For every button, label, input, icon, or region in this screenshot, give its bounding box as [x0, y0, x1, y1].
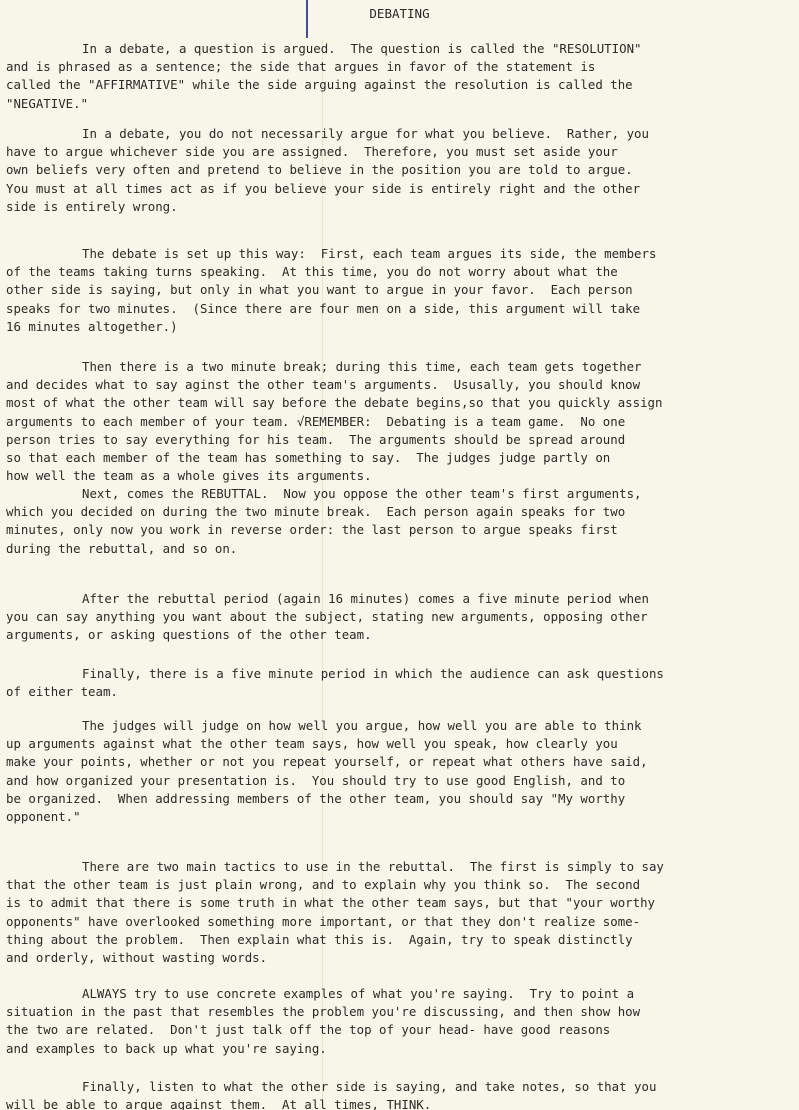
- text-line: be organized. When addressing members of…: [6, 790, 648, 808]
- paragraph: In a debate, you do not necessarily argu…: [6, 125, 649, 216]
- text-line: other side is saying, but only in what y…: [6, 281, 656, 299]
- text-line: and orderly, without wasting words.: [6, 949, 664, 967]
- paragraph: Then there is a two minute break; during…: [6, 358, 662, 485]
- text-line: minutes, only now you work in reverse or…: [6, 521, 642, 539]
- text-line: most of what the other team will say bef…: [6, 394, 662, 412]
- text-line: In a debate, a question is argued. The q…: [6, 40, 642, 58]
- text-line: After the rebuttal period (again 16 minu…: [6, 590, 649, 608]
- text-line: opponent.": [6, 808, 648, 826]
- text-line: arguments to each member of your team. √…: [6, 413, 662, 431]
- text-line: of the teams taking turns speaking. At t…: [6, 263, 656, 281]
- text-line: which you decided on during the two minu…: [6, 503, 642, 521]
- text-line: opponents" have overlooked something mor…: [6, 913, 664, 931]
- text-line: Finally, there is a five minute period i…: [6, 665, 664, 683]
- text-line: arguments, or asking questions of the ot…: [6, 626, 649, 644]
- text-line: called the "AFFIRMATIVE" while the side …: [6, 76, 642, 94]
- text-line: how well the team as a whole gives its a…: [6, 467, 662, 485]
- text-line: will be able to argue against them. At a…: [6, 1096, 656, 1110]
- text-line: and decides what to say aginst the other…: [6, 376, 662, 394]
- text-line: you can say anything you want about the …: [6, 608, 649, 626]
- text-line: situation in the past that resembles the…: [6, 1003, 640, 1021]
- text-line: of either team.: [6, 683, 664, 701]
- text-line: There are two main tactics to use in the…: [6, 858, 664, 876]
- paragraph: In a debate, a question is argued. The q…: [6, 40, 642, 113]
- text-line: is to admit that there is some truth in …: [6, 894, 664, 912]
- paragraph: ALWAYS try to use concrete examples of w…: [6, 985, 640, 1058]
- text-line: have to argue whichever side you are ass…: [6, 143, 649, 161]
- paragraph: Next, comes the REBUTTAL. Now you oppose…: [6, 485, 642, 558]
- text-line: ALWAYS try to use concrete examples of w…: [6, 985, 640, 1003]
- text-line: so that each member of the team has some…: [6, 449, 662, 467]
- text-line: the two are related. Don't just talk off…: [6, 1021, 640, 1039]
- paragraph: Finally, there is a five minute period i…: [6, 665, 664, 701]
- text-line: Next, comes the REBUTTAL. Now you oppose…: [6, 485, 642, 503]
- text-line: 16 minutes altogether.): [6, 318, 656, 336]
- text-line: that the other team is just plain wrong,…: [6, 876, 664, 894]
- paragraph: Finally, listen to what the other side i…: [6, 1078, 656, 1110]
- text-line: In a debate, you do not necessarily argu…: [6, 125, 649, 143]
- text-line: person tries to say everything for his t…: [6, 431, 662, 449]
- text-line: speaks for two minutes. (Since there are…: [6, 300, 656, 318]
- text-line: during the rebuttal, and so on.: [6, 540, 642, 558]
- text-line: and how organized your presentation is. …: [6, 772, 648, 790]
- text-line: side is entirely wrong.: [6, 198, 649, 216]
- text-line: up arguments against what the other team…: [6, 735, 648, 753]
- text-line: Then there is a two minute break; during…: [6, 358, 662, 376]
- text-line: You must at all times act as if you beli…: [6, 180, 649, 198]
- text-line: The debate is set up this way: First, ea…: [6, 245, 656, 263]
- text-line: thing about the problem. Then explain wh…: [6, 931, 664, 949]
- paragraph: There are two main tactics to use in the…: [6, 858, 664, 967]
- text-line: "NEGATIVE.": [6, 95, 642, 113]
- paragraph: The debate is set up this way: First, ea…: [6, 245, 656, 336]
- text-line: Finally, listen to what the other side i…: [6, 1078, 656, 1096]
- page-title: DEBATING: [0, 6, 799, 21]
- text-line: and examples to back up what you're sayi…: [6, 1040, 640, 1058]
- text-line: make your points, whether or not you rep…: [6, 753, 648, 771]
- text-line: own beliefs very often and pretend to be…: [6, 161, 649, 179]
- paragraph: The judges will judge on how well you ar…: [6, 717, 648, 826]
- text-line: The judges will judge on how well you ar…: [6, 717, 648, 735]
- paragraph: After the rebuttal period (again 16 minu…: [6, 590, 649, 645]
- text-line: and is phrased as a sentence; the side t…: [6, 58, 642, 76]
